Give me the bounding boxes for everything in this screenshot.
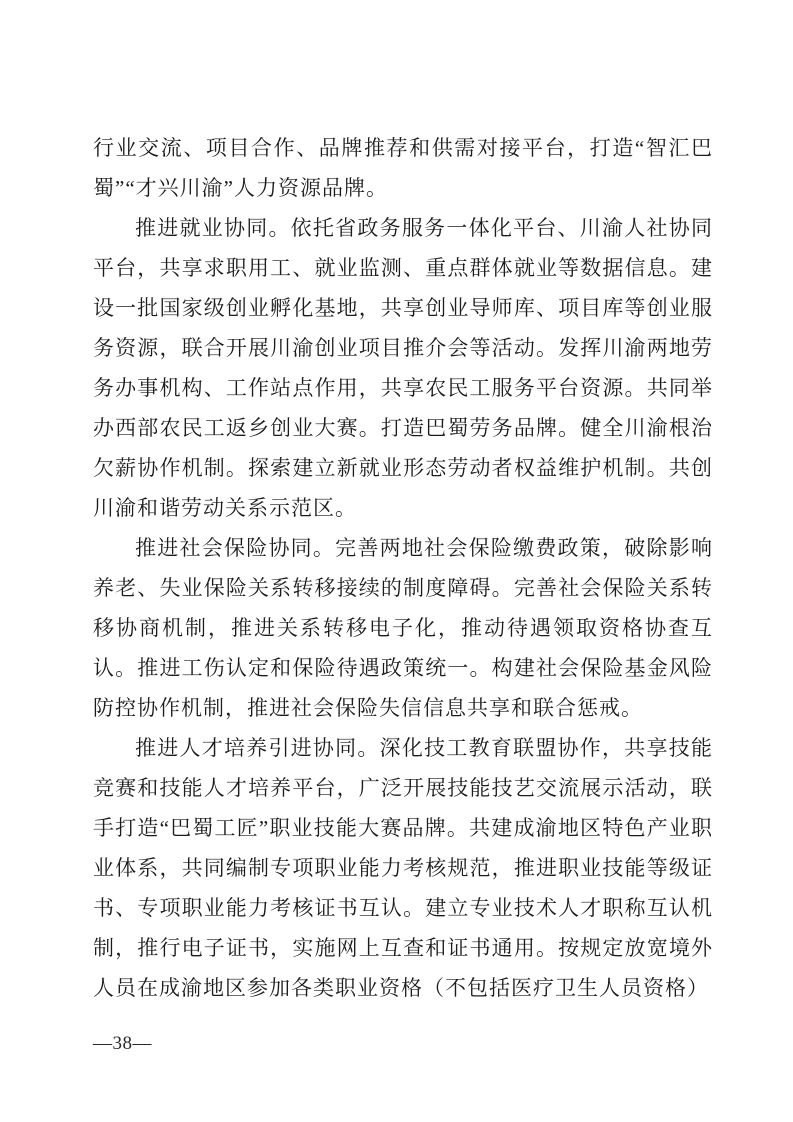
paragraph-talent-training-coordination: 推进人才培养引进协同。深化技工教育联盟协作，共享技能竞赛和技能人才培养平台，广泛… (93, 728, 713, 1008)
paragraph-social-insurance-coordination: 推进社会保险协同。完善两地社会保险缴费政策，破除影响养老、失业保险关系转移接续的… (93, 528, 713, 728)
document-body: 行业交流、项目合作、品牌推荐和供需对接平台，打造“智汇巴蜀”“才兴川渝”人力资源… (93, 128, 713, 1008)
document-page: 行业交流、项目合作、品牌推荐和供需对接平台，打造“智汇巴蜀”“才兴川渝”人力资源… (0, 0, 793, 1122)
paragraph-employment-coordination: 推进就业协同。依托省政务服务一体化平台、川渝人社协同平台，共享求职用工、就业监测… (93, 208, 713, 528)
paragraph-continuation: 行业交流、项目合作、品牌推荐和供需对接平台，打造“智汇巴蜀”“才兴川渝”人力资源… (93, 128, 713, 208)
page-number: —38— (93, 1032, 152, 1056)
